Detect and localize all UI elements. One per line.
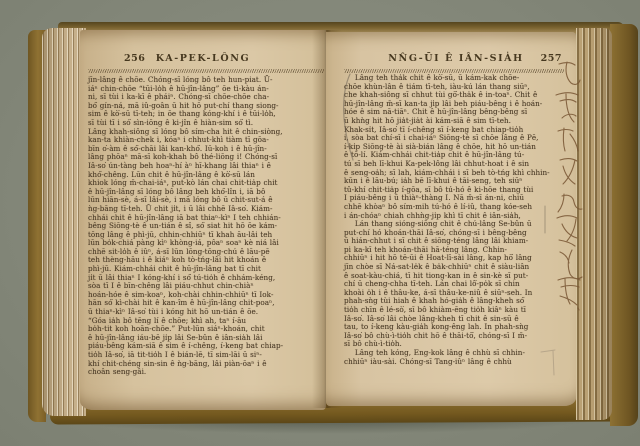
left-page-header: 256 KA-PEK-LÔNG — [88, 53, 318, 64]
photo-background: 256 KA-PEK-LÔNG jīn-lâng ê chōe. Chóng-s… — [0, 0, 640, 446]
right-page-edges — [576, 28, 612, 420]
left-running-title: KA-PEK-LÔNG — [156, 53, 250, 64]
right-page-number: 257 — [541, 53, 562, 64]
right-page: NN̂G-ŪI Ê IÂN-SIA̍H 257 Lâng teh tha̍k c… — [326, 32, 576, 406]
right-page-text: Lâng teh tha̍k chit ê kò͘-sū, ū kám-kak … — [344, 74, 568, 366]
left-header-rule — [88, 69, 324, 73]
left-page-number: 256 — [124, 53, 145, 64]
left-page: 256 KA-PEK-LÔNG jīn-lâng ê chōe. Chóng-s… — [80, 30, 326, 410]
right-page-header: NN̂G-ŪI Ê IÂN-SIA̍H 257 — [344, 53, 568, 64]
left-page-text: jīn-lâng ê chōe. Chóng-sī lóng bô teh hu… — [88, 76, 326, 377]
book-cover-right-edge — [610, 24, 638, 426]
right-running-title: NN̂G-ŪI Ê IÂN-SIA̍H — [388, 53, 523, 64]
